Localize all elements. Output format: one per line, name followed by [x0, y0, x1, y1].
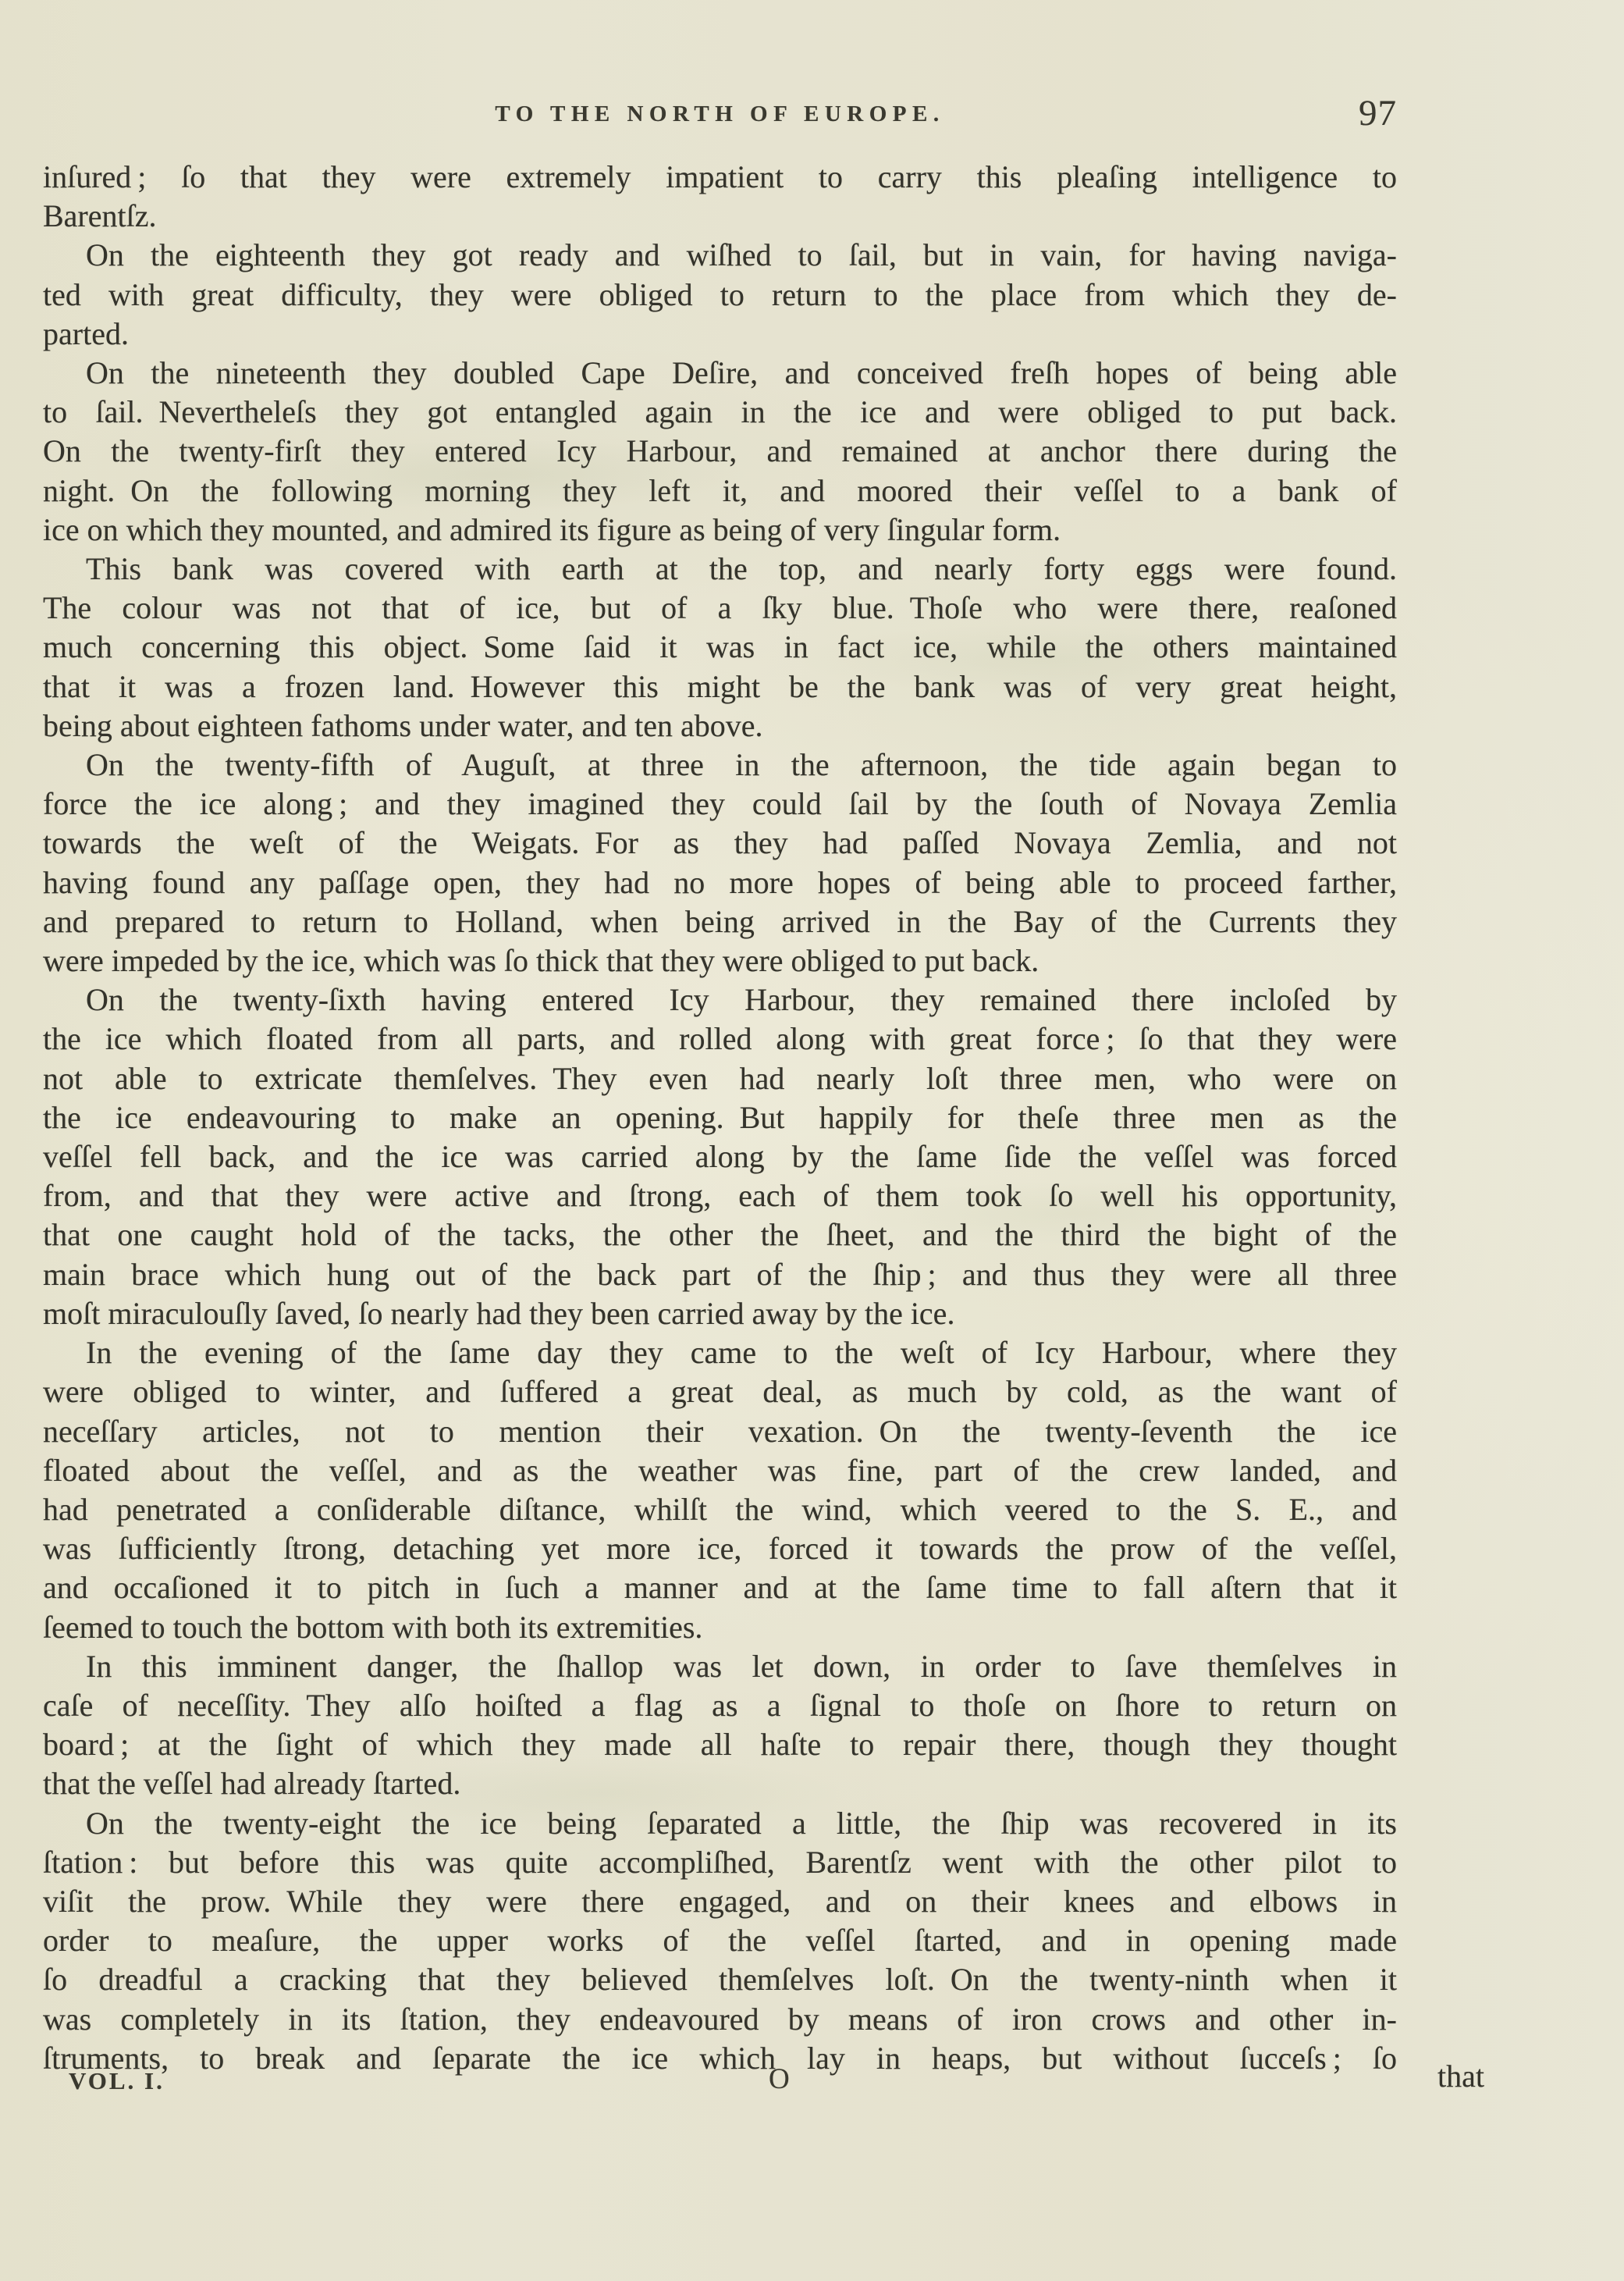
- text-line: the ice which floated from all parts, an…: [43, 1020, 1397, 1059]
- paragraph: On the twenty-eight the ice being ſepara…: [43, 1804, 1397, 2078]
- text-line: that it was a frozen land. However this …: [43, 667, 1397, 706]
- paragraph: This bank was covered with earth at the …: [43, 550, 1397, 746]
- book-page-scan: TO THE NORTH OF EUROPE. 97 inſured ; ſo …: [0, 0, 1624, 2281]
- text-line: neceſſary articles, not to mention their…: [43, 1412, 1397, 1451]
- text-line: moſt miraculouſly ſaved, ſo nearly had t…: [43, 1294, 1397, 1333]
- text-line: being about eighteen fathoms under water…: [43, 706, 1397, 746]
- text-line: In the evening of the ſame day they came…: [43, 1333, 1397, 1372]
- volume-label: VOL. I.: [69, 2067, 165, 2095]
- text-line: In this imminent danger, the ſhallop was…: [43, 1647, 1397, 1686]
- text-line: inſured ; ſo that they were extremely im…: [43, 158, 1397, 197]
- text-line: to ſail. Nevertheleſs they got entangled…: [43, 393, 1397, 432]
- text-line: much concerning this object. Some ſaid i…: [43, 628, 1397, 667]
- paragraph: On the twenty-ſixth having entered Icy H…: [43, 980, 1397, 1333]
- text-line: having found any paſſage open, they had …: [43, 863, 1397, 902]
- text-line: night. On the following morning they lef…: [43, 472, 1397, 511]
- text-line: On the nineteenth they doubled Cape Deſi…: [43, 354, 1397, 393]
- paragraph: On the nineteenth they doubled Cape Deſi…: [43, 354, 1397, 550]
- text-line: main brace which hung out of the back pa…: [43, 1255, 1397, 1294]
- text-line: The colour was not that of ice, but of a…: [43, 589, 1397, 628]
- text-line: On the twenty-firſt they entered Icy Har…: [43, 432, 1397, 471]
- text-line: towards the weſt of the Weigats. For as …: [43, 824, 1397, 863]
- text-line: that one caught hold of the tacks, the o…: [43, 1215, 1397, 1254]
- text-line: On the twenty-fifth of Auguſt, at three …: [43, 746, 1397, 785]
- text-line: On the twenty-eight the ice being ſepara…: [43, 1804, 1397, 1843]
- text-line: were obliged to winter, and ſuffered a g…: [43, 1372, 1397, 1411]
- text-line: ted with great difficulty, they were obl…: [43, 276, 1397, 315]
- text-line: from, and that they were active and ſtro…: [43, 1176, 1397, 1215]
- text-line: This bank was covered with earth at the …: [43, 550, 1397, 589]
- text-line: not able to extricate themſelves. They e…: [43, 1059, 1397, 1098]
- running-title: TO THE NORTH OF EUROPE.: [43, 101, 1397, 127]
- text-line: caſe of neceſſity. They alſo hoiſted a f…: [43, 1686, 1397, 1725]
- text-line: On the eighteenth they got ready and wiſ…: [43, 236, 1397, 275]
- text-line: ſo dreadful a cracking that they believe…: [43, 1960, 1397, 1999]
- text-line: viſit the prow. While they were there en…: [43, 1882, 1397, 1921]
- text-line: parted.: [43, 315, 1397, 354]
- text-line: board ; at the ſight of which they made …: [43, 1725, 1397, 1764]
- text-line: ſeemed to touch the bottom with both its…: [43, 1608, 1397, 1647]
- text-line: force the ice along ; and they imagined …: [43, 785, 1397, 824]
- text-line: veſſel fell back, and the ice was carrie…: [43, 1137, 1397, 1176]
- text-line: were impeded by the ice, which was ſo th…: [43, 941, 1397, 980]
- paragraph: On the eighteenth they got ready and wiſ…: [43, 236, 1397, 354]
- text-line: On the twenty-ſixth having entered Icy H…: [43, 980, 1397, 1020]
- body-text-column: inſured ; ſo that they were extremely im…: [43, 158, 1397, 2078]
- text-line: floated about the veſſel, and as the wea…: [43, 1451, 1397, 1490]
- text-line: and prepared to return to Holland, when …: [43, 902, 1397, 941]
- text-line: ſtation : but before this was quite acco…: [43, 1843, 1397, 1882]
- text-line: the ice endeavouring to make an opening.…: [43, 1098, 1397, 1137]
- paragraph: inſured ; ſo that they were extremely im…: [43, 158, 1397, 236]
- catchword: that: [1437, 2058, 1484, 2094]
- text-line: was ſufficiently ſtrong, detaching yet m…: [43, 1529, 1397, 1568]
- text-line: order to meaſure, the upper works of the…: [43, 1921, 1397, 1960]
- text-line: ſtruments, to break and ſeparate the ice…: [43, 2039, 1397, 2078]
- paragraph: In the evening of the ſame day they came…: [43, 1333, 1397, 1647]
- text-line: had penetrated a conſiderable diſtance, …: [43, 1490, 1397, 1529]
- text-line: was completely in its ſtation, they ende…: [43, 2000, 1397, 2039]
- page-number: 97: [1359, 92, 1397, 134]
- page-header: TO THE NORTH OF EUROPE. 97: [43, 101, 1397, 136]
- text-line: that the veſſel had already ſtarted.: [43, 1764, 1397, 1803]
- text-line: ice on which they mounted, and admired i…: [43, 511, 1397, 550]
- text-line: Barentſz.: [43, 197, 1397, 236]
- signature-mark: O: [769, 2062, 790, 2096]
- paragraph: On the twenty-fifth of Auguſt, at three …: [43, 746, 1397, 980]
- paragraph: In this imminent danger, the ſhallop was…: [43, 1647, 1397, 1804]
- text-line: and occaſioned it to pitch in ſuch a man…: [43, 1568, 1397, 1607]
